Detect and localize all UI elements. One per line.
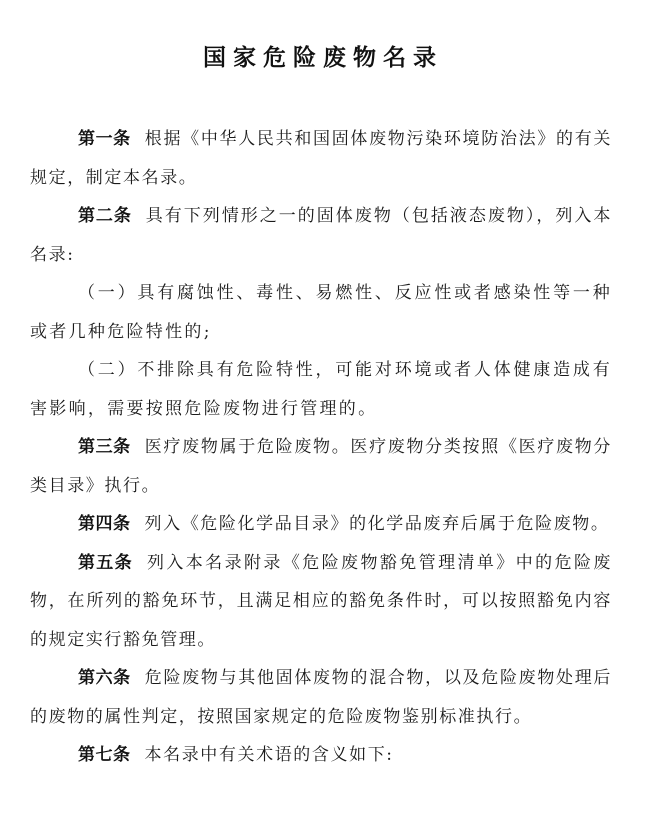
article-text: 列入《危险化学品目录》的化学品废弃后属于危险废物。 bbox=[145, 514, 610, 534]
document-body: 第一条根据《中华人民共和国固体废物污染环境防治法》的有关规定，制定本名录。 第二… bbox=[30, 120, 612, 775]
article-number: 第三条 bbox=[78, 437, 131, 457]
article-number: 第一条 bbox=[78, 129, 131, 149]
article-text: 本名录中有关术语的含义如下: bbox=[145, 745, 394, 765]
article-5: 第五条列入本名录附录《危险废物豁免管理清单》中的危险废物，在所列的豁免环节，且满… bbox=[30, 544, 612, 660]
article-number: 第二条 bbox=[78, 206, 132, 226]
article-number: 第七条 bbox=[78, 745, 131, 765]
article-number: 第四条 bbox=[78, 514, 131, 534]
article-4: 第四条列入《危险化学品目录》的化学品废弃后属于危险废物。 bbox=[30, 505, 612, 544]
article-6: 第六条危险废物与其他固体废物的混合物，以及危险废物处理后的废物的属性判定，按照国… bbox=[30, 659, 612, 736]
item-text: （二）不排除具有危险特性，可能对环境或者人体健康造成有害影响，需要按照危险废物进… bbox=[30, 360, 612, 419]
article-2: 第二条具有下列情形之一的固体废物（包括液态废物），列入本名录: bbox=[30, 197, 612, 274]
article-number: 第六条 bbox=[78, 668, 131, 688]
article-2-item-1: （一）具有腐蚀性、毒性、易燃性、反应性或者感染性等一种或者几种危险特性的; bbox=[30, 274, 612, 351]
article-1: 第一条根据《中华人民共和国固体废物污染环境防治法》的有关规定，制定本名录。 bbox=[30, 120, 612, 197]
item-text: （一）具有腐蚀性、毒性、易燃性、反应性或者感染性等一种或者几种危险特性的; bbox=[30, 283, 612, 342]
article-2-item-2: （二）不排除具有危险特性，可能对环境或者人体健康造成有害影响，需要按照危险废物进… bbox=[30, 351, 612, 428]
document-title: 国家危险废物名录 bbox=[0, 40, 646, 76]
article-number: 第五条 bbox=[78, 553, 133, 573]
article-7: 第七条本名录中有关术语的含义如下: bbox=[30, 736, 612, 775]
article-3: 第三条医疗废物属于危险废物。医疗废物分类按照《医疗废物分类目录》执行。 bbox=[30, 428, 612, 505]
